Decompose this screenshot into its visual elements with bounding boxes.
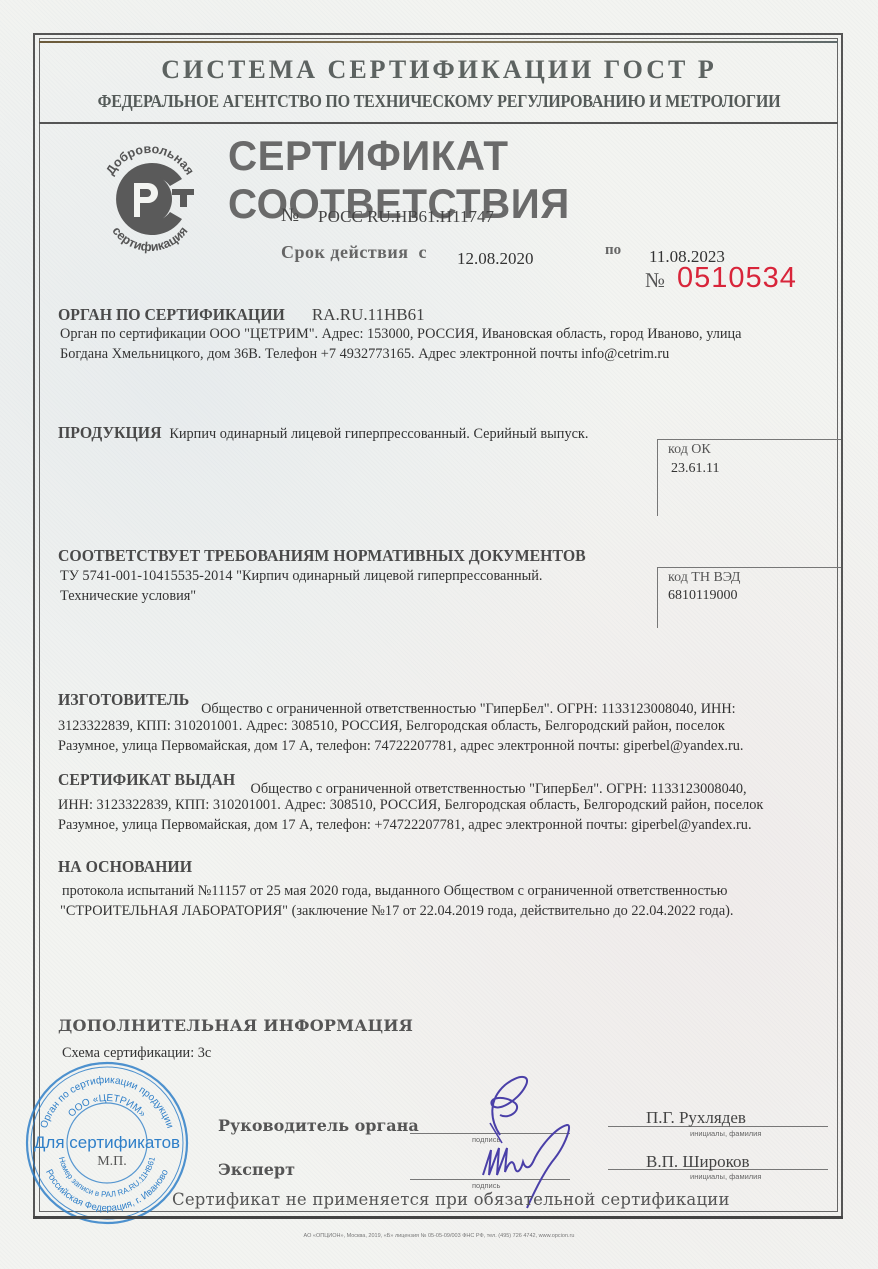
disclaimer-text: Сертификат не применяется при обязательн… [172,1190,730,1209]
manufacturer-line-3: Разумное, улица Первомайская, дом 17 А, … [58,736,743,756]
expert-name-caption: инициалы, фамилия [690,1172,761,1181]
bottom-border-rule [33,1216,843,1219]
certification-body-line-1: Орган по сертификации ООО "ЦЕТРИМ". Адре… [60,324,742,344]
manufacturer-section: ИЗГОТОВИТЕЛЬ Общество с ограниченной отв… [58,690,736,711]
additional-info-heading: ДОПОЛНИТЕЛЬНАЯ ИНФОРМАЦИЯ [58,1016,413,1035]
printer-imprint: АО «ОПЦИОН», Москва, 2019, «Б» лицензия … [0,1233,878,1239]
okpd-code-value: 23.61.11 [671,461,719,477]
certification-body-heading: ОРГАН ПО СЕРТИФИКАЦИИ [58,305,285,325]
tnved-code-box: код ТН ВЭД 6810119000 [657,567,841,628]
certification-body-code: RA.RU.11НВ61 [312,305,425,324]
svg-text:Для сертификатов: Для сертификатов [34,1133,180,1152]
certification-body-stamp-icon: Орган по сертификации продукции ООО «ЦЕТ… [22,1058,192,1228]
certification-body-section: ОРГАН ПО СЕРТИФИКАЦИИ RA.RU.11НВ61 [58,305,425,325]
requirements-heading: СООТВЕТСТВУЕТ ТРЕБОВАНИЯМ НОРМАТИВНЫХ ДО… [58,546,586,566]
header-divider [39,122,838,124]
head-name-caption: инициалы, фамилия [690,1129,761,1138]
basis-line-2: "СТРОИТЕЛЬНАЯ ЛАБОРАТОРИЯ" (заключение №… [60,901,734,921]
certification-body-line-2: Богдана Хмельницкого, дом 36В. Телефон +… [60,344,669,364]
tnved-code-value: 6810119000 [668,588,737,604]
expert-name: В.П. Широков [646,1152,750,1172]
product-heading: ПРОДУКЦИЯ [58,423,162,443]
rst-voluntary-certification-logo-icon: Добровольная сертификация [90,137,210,257]
system-title: СИСТЕМА СЕРТИФИКАЦИИ ГОСТ Р [0,55,878,85]
header-top-rule [39,41,838,43]
manufacturer-heading: ИЗГОТОВИТЕЛЬ [58,690,189,710]
requirements-line-2: Технические условия" [60,586,196,606]
validity-label: Срок действия с [281,242,427,263]
issued-to-line-3: Разумное, улица Первомайская, дом 17 А, … [58,815,752,835]
head-of-body-label: Руководитель органа [218,1116,419,1135]
tnved-code-label: код ТН ВЭД [668,570,740,586]
svg-text:М.П.: М.П. [97,1154,127,1169]
manufacturer-line-1: Общество с ограниченной ответственностью… [201,701,736,717]
product-description: Кирпич одинарный лицевой гиперпрессованн… [169,426,588,442]
okpd-code-label: код ОК [668,442,711,458]
basis-heading: НА ОСНОВАНИИ [58,857,192,877]
issued-to-line-2: ИНН: 3123322839, КПП: 310201001. Адрес: … [58,795,763,815]
okpd-code-box: код ОК 23.61.11 [657,439,841,516]
agency-name: ФЕДЕРАЛЬНОЕ АГЕНТСТВО ПО ТЕХНИЧЕСКОМУ РЕ… [35,91,843,112]
product-section: ПРОДУКЦИЯ Кирпич одинарный лицевой гипер… [58,423,588,444]
certificate-number: РОСС RU.НВ61.Н11747 [318,207,494,227]
serial-number: 0510534 [677,262,797,295]
valid-to-label: по [605,242,621,259]
requirements-line-1: ТУ 5741-001-10415535-2014 "Кирпич одинар… [60,566,543,586]
basis-line-1: протокола испытаний №11157 от 25 мая 202… [62,881,727,901]
issued-to-section: СЕРТИФИКАТ ВЫДАН Общество с ограниченной… [58,770,747,791]
valid-from-date: 12.08.2020 [457,249,534,269]
manufacturer-line-2: 3123322839, КПП: 310201001. Адрес: 30851… [58,716,725,736]
serial-number-label: № [645,268,665,293]
certificate-number-label: № [281,205,299,227]
expert-label: Эксперт [218,1160,295,1179]
head-name: П.Г. Рухлядев [646,1108,746,1128]
issued-to-heading: СЕРТИФИКАТ ВЫДАН [58,770,235,790]
